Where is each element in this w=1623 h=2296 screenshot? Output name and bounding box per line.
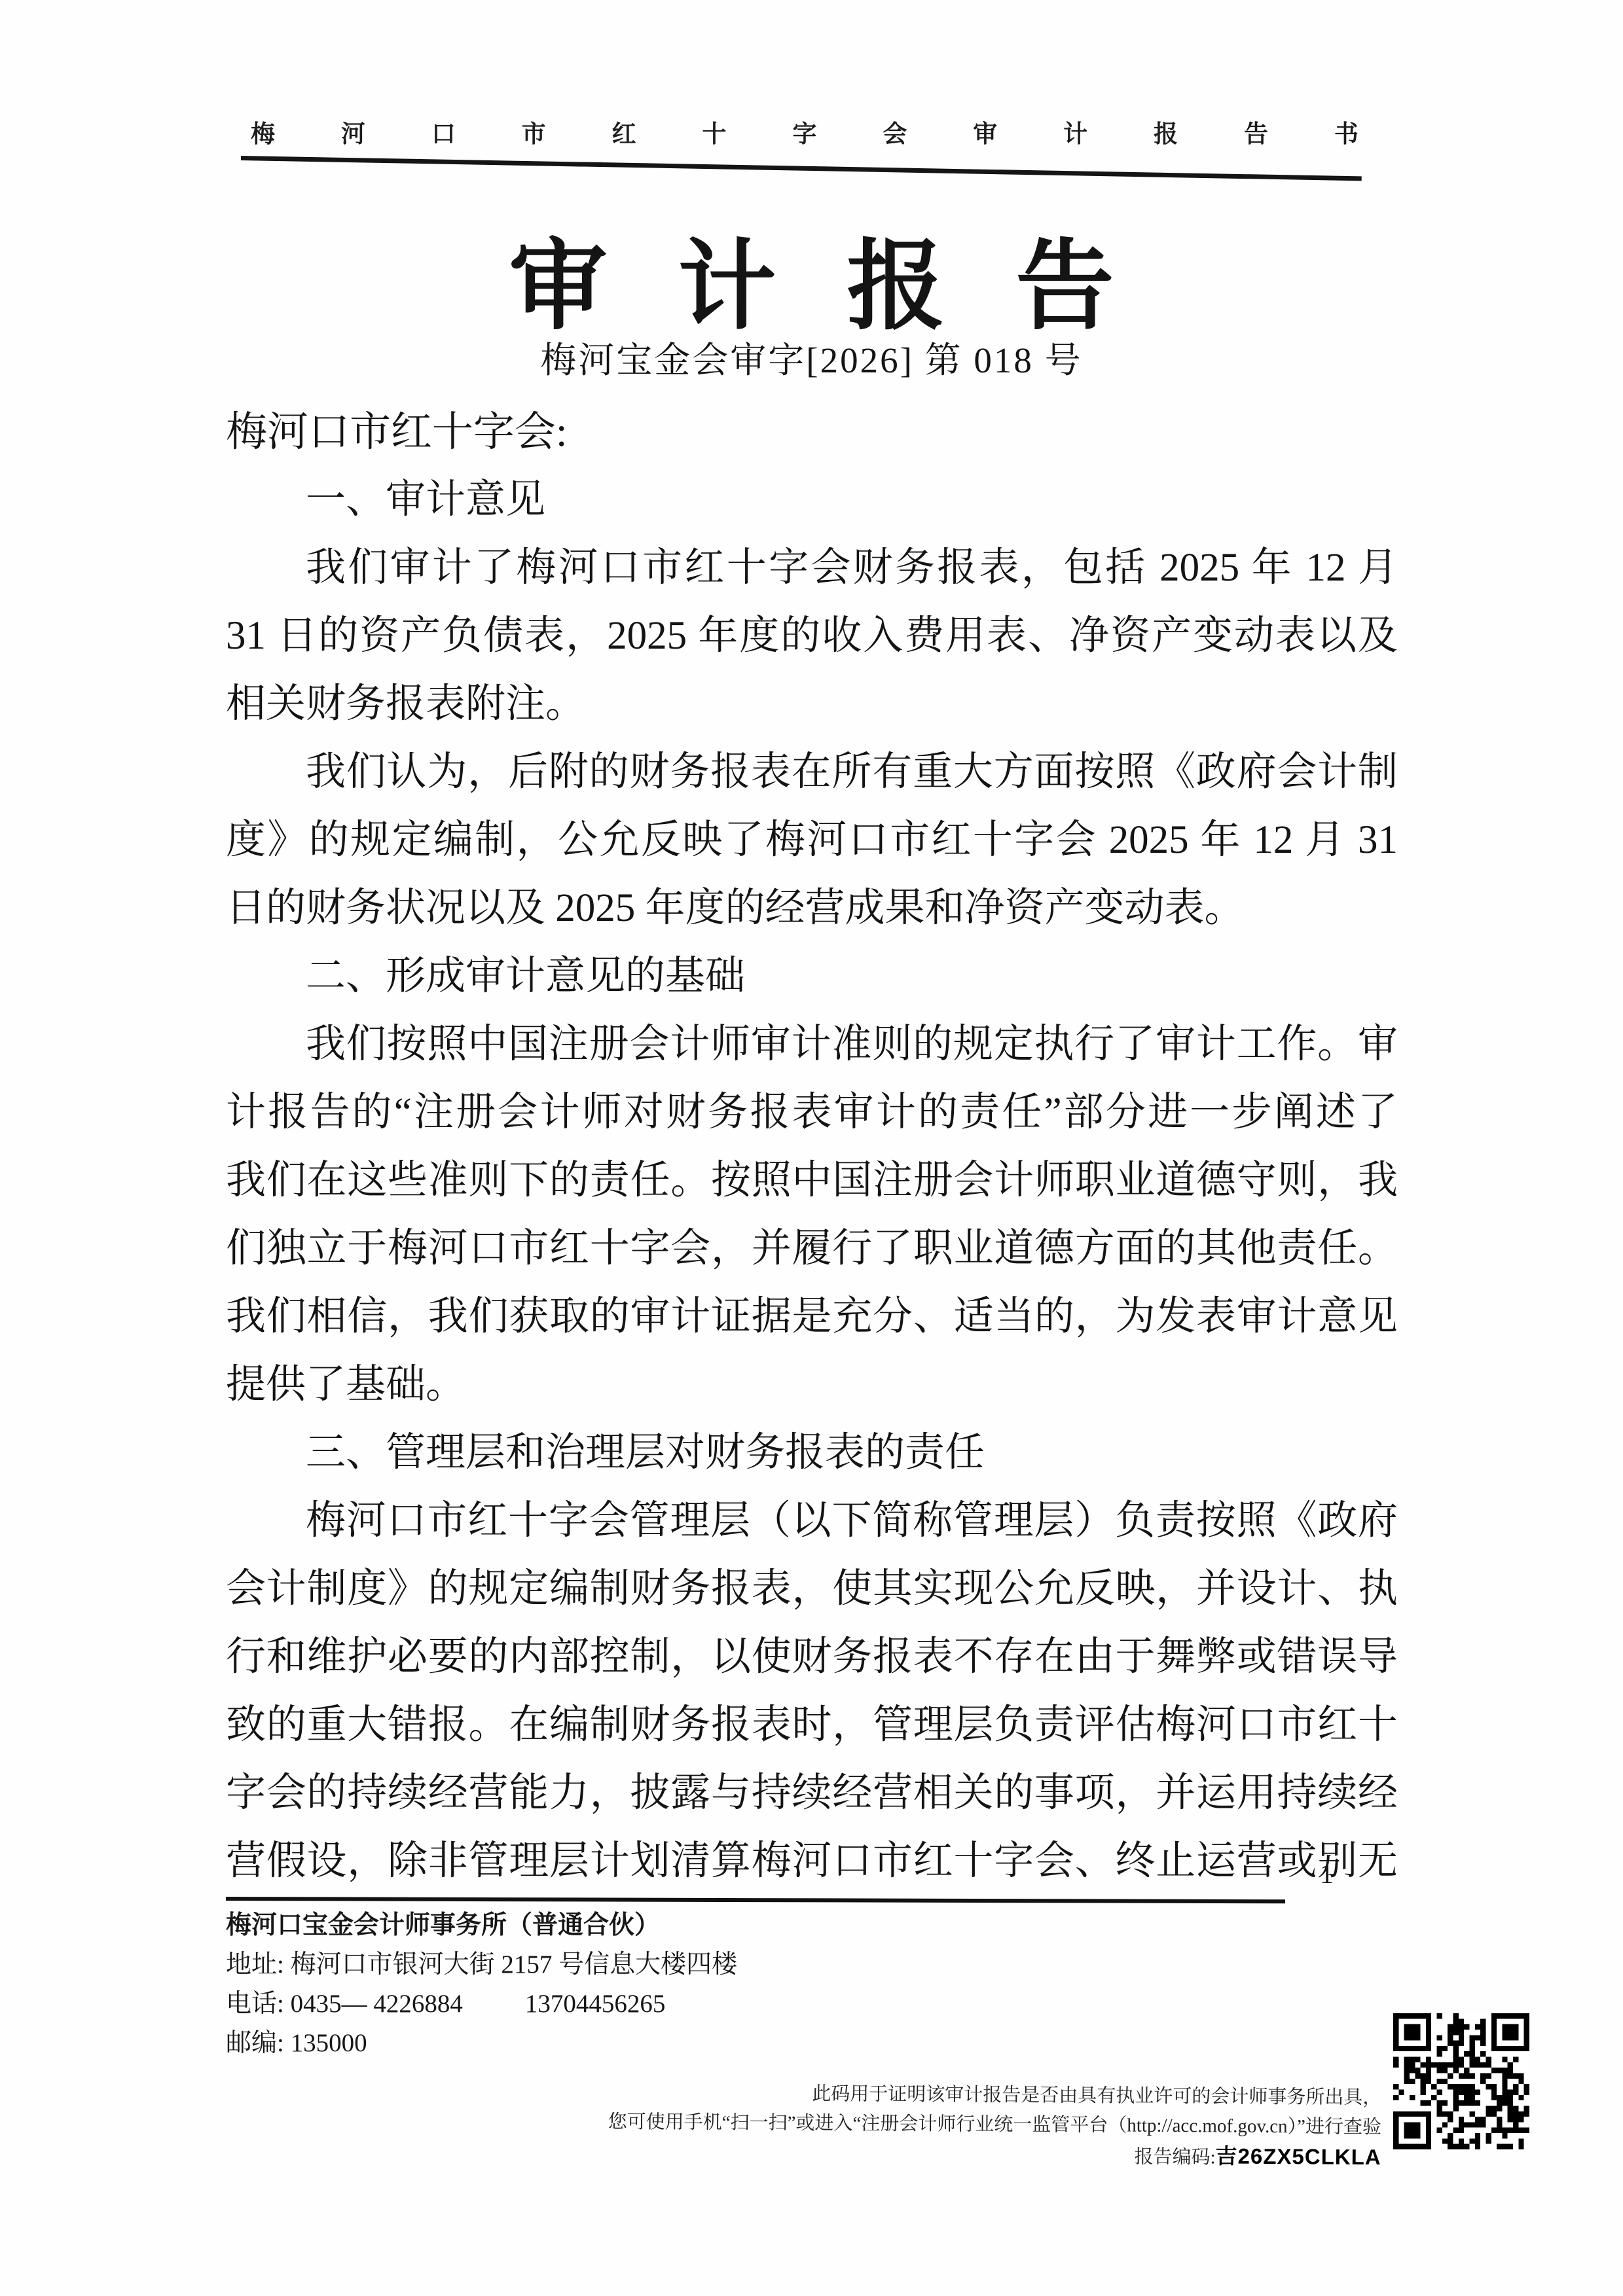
verification-note: 此码用于证明该审计报告是否由具有执业许可的会计师事务所出具， 您可使用手机“扫一… [406, 2077, 1382, 2174]
body-line: 致的重大错报。在编制财务报表时，管理层负责评估梅河口市红十 [226, 1691, 1398, 1759]
firm-name: 梅河口宝金会计师事务所（普通合伙） [226, 1906, 737, 1945]
firm-postcode: 邮编: 135000 [226, 2024, 737, 2063]
body-line: 字会的持续经营能力，披露与持续经营相关的事项，并运用持续经 [226, 1759, 1398, 1827]
document-body: 梅河口市红十字会:一、审计意见我们审计了梅河口市红十字会财务报表，包括 2025… [226, 398, 1398, 1895]
body-line: 们独立于梅河口市红十字会，并履行了职业道德方面的其他责任。 [226, 1215, 1398, 1283]
header-rule [241, 156, 1362, 181]
body-line: 会计制度》的规定编制财务报表，使其实现公允反映，并设计、执 [226, 1555, 1398, 1623]
qr-code [1393, 2013, 1529, 2149]
running-header-char: 字 [792, 114, 816, 149]
body-line: 我们认为，后附的财务报表在所有重大方面按照《政府会计制 [226, 738, 1398, 806]
running-header-char: 会 [883, 114, 907, 149]
running-header-char: 审 [973, 114, 997, 149]
firm-phone: 电话: 0435— 422688413704456265 [226, 1984, 737, 2024]
doc-number: 梅河宝金会审字[2026] 第 018 号 [0, 331, 1623, 383]
audit-report-page: 梅河口市红十字会审计报告书 审计报告 梅河宝金会审字[2026] 第 018 号… [0, 0, 1623, 2296]
body-line: 营假设，除非管理层计划清算梅河口市红十字会、终止运营或别无 [226, 1827, 1398, 1895]
body-line: 行和维护必要的内部控制，以使财务报表不存在由于舞弊或错误导 [226, 1623, 1398, 1691]
report-code: 吉26ZX5CLKLA [1216, 2144, 1381, 2169]
running-header-char: 报 [1154, 114, 1178, 149]
body-line: 我们审计了梅河口市红十字会财务报表，包括 2025 年 12 月 [226, 534, 1398, 602]
body-line: 我们在这些准则下的责任。按照中国注册会计师职业道德守则，我 [226, 1147, 1398, 1215]
body-line: 相关财务报表附注。 [226, 670, 1398, 738]
body-line: 梅河口市红十字会管理层（以下简称管理层）负责按照《政府 [226, 1487, 1398, 1555]
running-header: 梅河口市红十字会审计报告书 [251, 114, 1359, 149]
body-line: 度》的规定编制，公允反映了梅河口市红十字会 2025 年 12 月 31 [226, 806, 1398, 874]
footer-rule [226, 1897, 1285, 1903]
body-line: 我们相信，我们获取的审计证据是充分、适当的，为发表审计意见 [226, 1283, 1398, 1351]
report-code-line: 报告编码:吉26ZX5CLKLA [406, 2136, 1381, 2174]
running-header-char: 计 [1063, 114, 1087, 149]
body-line: 日的财务状况以及 2025 年度的经营成果和净资产变动表。 [226, 874, 1398, 942]
phone-number-1: 电话: 0435— 4226884 [226, 1990, 463, 2018]
body-line: 31 日的资产负债表，2025 年度的收入费用表、净资产变动表以及 [226, 602, 1398, 670]
running-header-char: 梅 [251, 114, 275, 149]
body-line: 计报告的“注册会计师对财务报表审计的责任”部分进一步阐述了 [226, 1079, 1398, 1147]
phone-number-2: 13704456265 [525, 1990, 666, 2018]
running-header-char: 书 [1334, 114, 1359, 149]
addressee: 梅河口市红十字会: [226, 398, 1398, 466]
body-line: 我们按照中国注册会计师审计准则的规定执行了审计工作。审 [226, 1011, 1398, 1079]
body-line: 提供了基础。 [226, 1351, 1398, 1419]
section-heading: 一、审计意见 [226, 466, 1398, 534]
running-header-char: 十 [702, 114, 727, 149]
running-header-char: 口 [431, 114, 456, 149]
running-header-char: 红 [612, 114, 636, 149]
report-title: 审计报告 [0, 207, 1623, 348]
report-code-label: 报告编码: [1134, 2147, 1215, 2168]
running-header-char: 市 [522, 114, 546, 149]
running-header-char: 告 [1244, 114, 1268, 149]
page-number: 1 [1320, 1859, 1334, 1890]
section-heading: 三、管理层和治理层对财务报表的责任 [226, 1419, 1398, 1487]
running-header-char: 河 [341, 114, 365, 149]
firm-info: 梅河口宝金会计师事务所（普通合伙） 地址: 梅河口市银河大街 2157 号信息大… [226, 1906, 737, 2063]
firm-address: 地址: 梅河口市银河大街 2157 号信息大楼四楼 [226, 1945, 737, 1984]
section-heading: 二、形成审计意见的基础 [226, 942, 1398, 1011]
